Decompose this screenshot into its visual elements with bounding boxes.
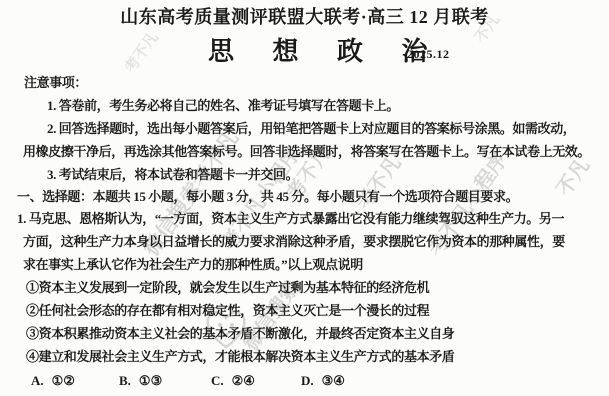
- notice-item-1: 1. 答卷前，考生务必将自己的姓名、准考证号填写在答题卡上。: [47, 95, 399, 114]
- question-1-statement-1: ①资本主义发展到一定阶段，就会发生以生产过剩为基本特征的经济危机: [26, 277, 429, 296]
- choice-c-value: ②④: [232, 373, 255, 388]
- choice-a-label: A.: [31, 373, 44, 388]
- section-heading: 一、选择题：本题共 15 小题，每小题 3 分，共 45 分。每小题只有一个选项…: [17, 186, 518, 205]
- watermark-text: 考不凡: [119, 28, 162, 77]
- choice-c-label: C.: [211, 373, 224, 388]
- choice-d-value: ③④: [322, 373, 345, 388]
- choice-d-label: D.: [301, 373, 314, 388]
- choice-d: D.③④: [301, 373, 345, 389]
- notice-item-2: 2. 回答选择题时，选出每小题答案后，用铅笔把答题卡上对应题目的答案标号涂黑。如…: [47, 118, 575, 137]
- choice-a: A.①②: [31, 373, 75, 389]
- question-1-line-3: 求在事实上承认它作为社会生产力的那种性质。”以上观点说明: [23, 254, 363, 273]
- exam-date: 2025.12: [407, 47, 450, 62]
- notice-item-3: 3. 考试结束后，将本试卷和答题卡一并交回。: [47, 164, 298, 183]
- question-1-statement-4: ④建立和发展社会主义生产方式，才能根本解决资本主义生产方式的基本矛盾: [26, 346, 454, 365]
- notice-heading: 注意事项：: [24, 72, 87, 91]
- exam-paper-page: 微信搜索考不凡 考不凡小程序 考不凡 考不凡 考不凡小程序 不凡 微信搜索 考不…: [0, 0, 609, 396]
- notice-item-2-continued: 用橡皮擦干净后，再选涂其他答案标号。回答非选择题时，将答案写在答题卡上。写在本试…: [23, 141, 590, 160]
- question-1-line-1: 1. 马克思、恩格斯认为，“一方面，资本主义生产方式暴露出它没有能力继续驾驭这种…: [17, 208, 564, 227]
- choice-c: C.②④: [211, 373, 255, 389]
- choice-a-value: ①②: [52, 373, 75, 388]
- question-1-statement-3: ③资本积累推动资本主义社会的基本矛盾不断激化，并最终否定资本主义自身: [26, 323, 454, 342]
- choice-b: B.①③: [119, 373, 162, 389]
- exam-title: 山东高考质量测评联盟大联考·高三 12 月联考: [0, 3, 609, 29]
- question-1-line-2: 方面，这种生产力本身以日益增长的威力要求消除这种矛盾，要求摆脱它作为资本的那种属…: [23, 231, 565, 250]
- choice-b-label: B.: [119, 373, 131, 388]
- question-1-statement-2: ②任何社会形态的存在都有相对稳定性，资本主义灭亡是一个漫长的过程: [26, 300, 429, 319]
- choice-b-value: ①③: [139, 373, 162, 388]
